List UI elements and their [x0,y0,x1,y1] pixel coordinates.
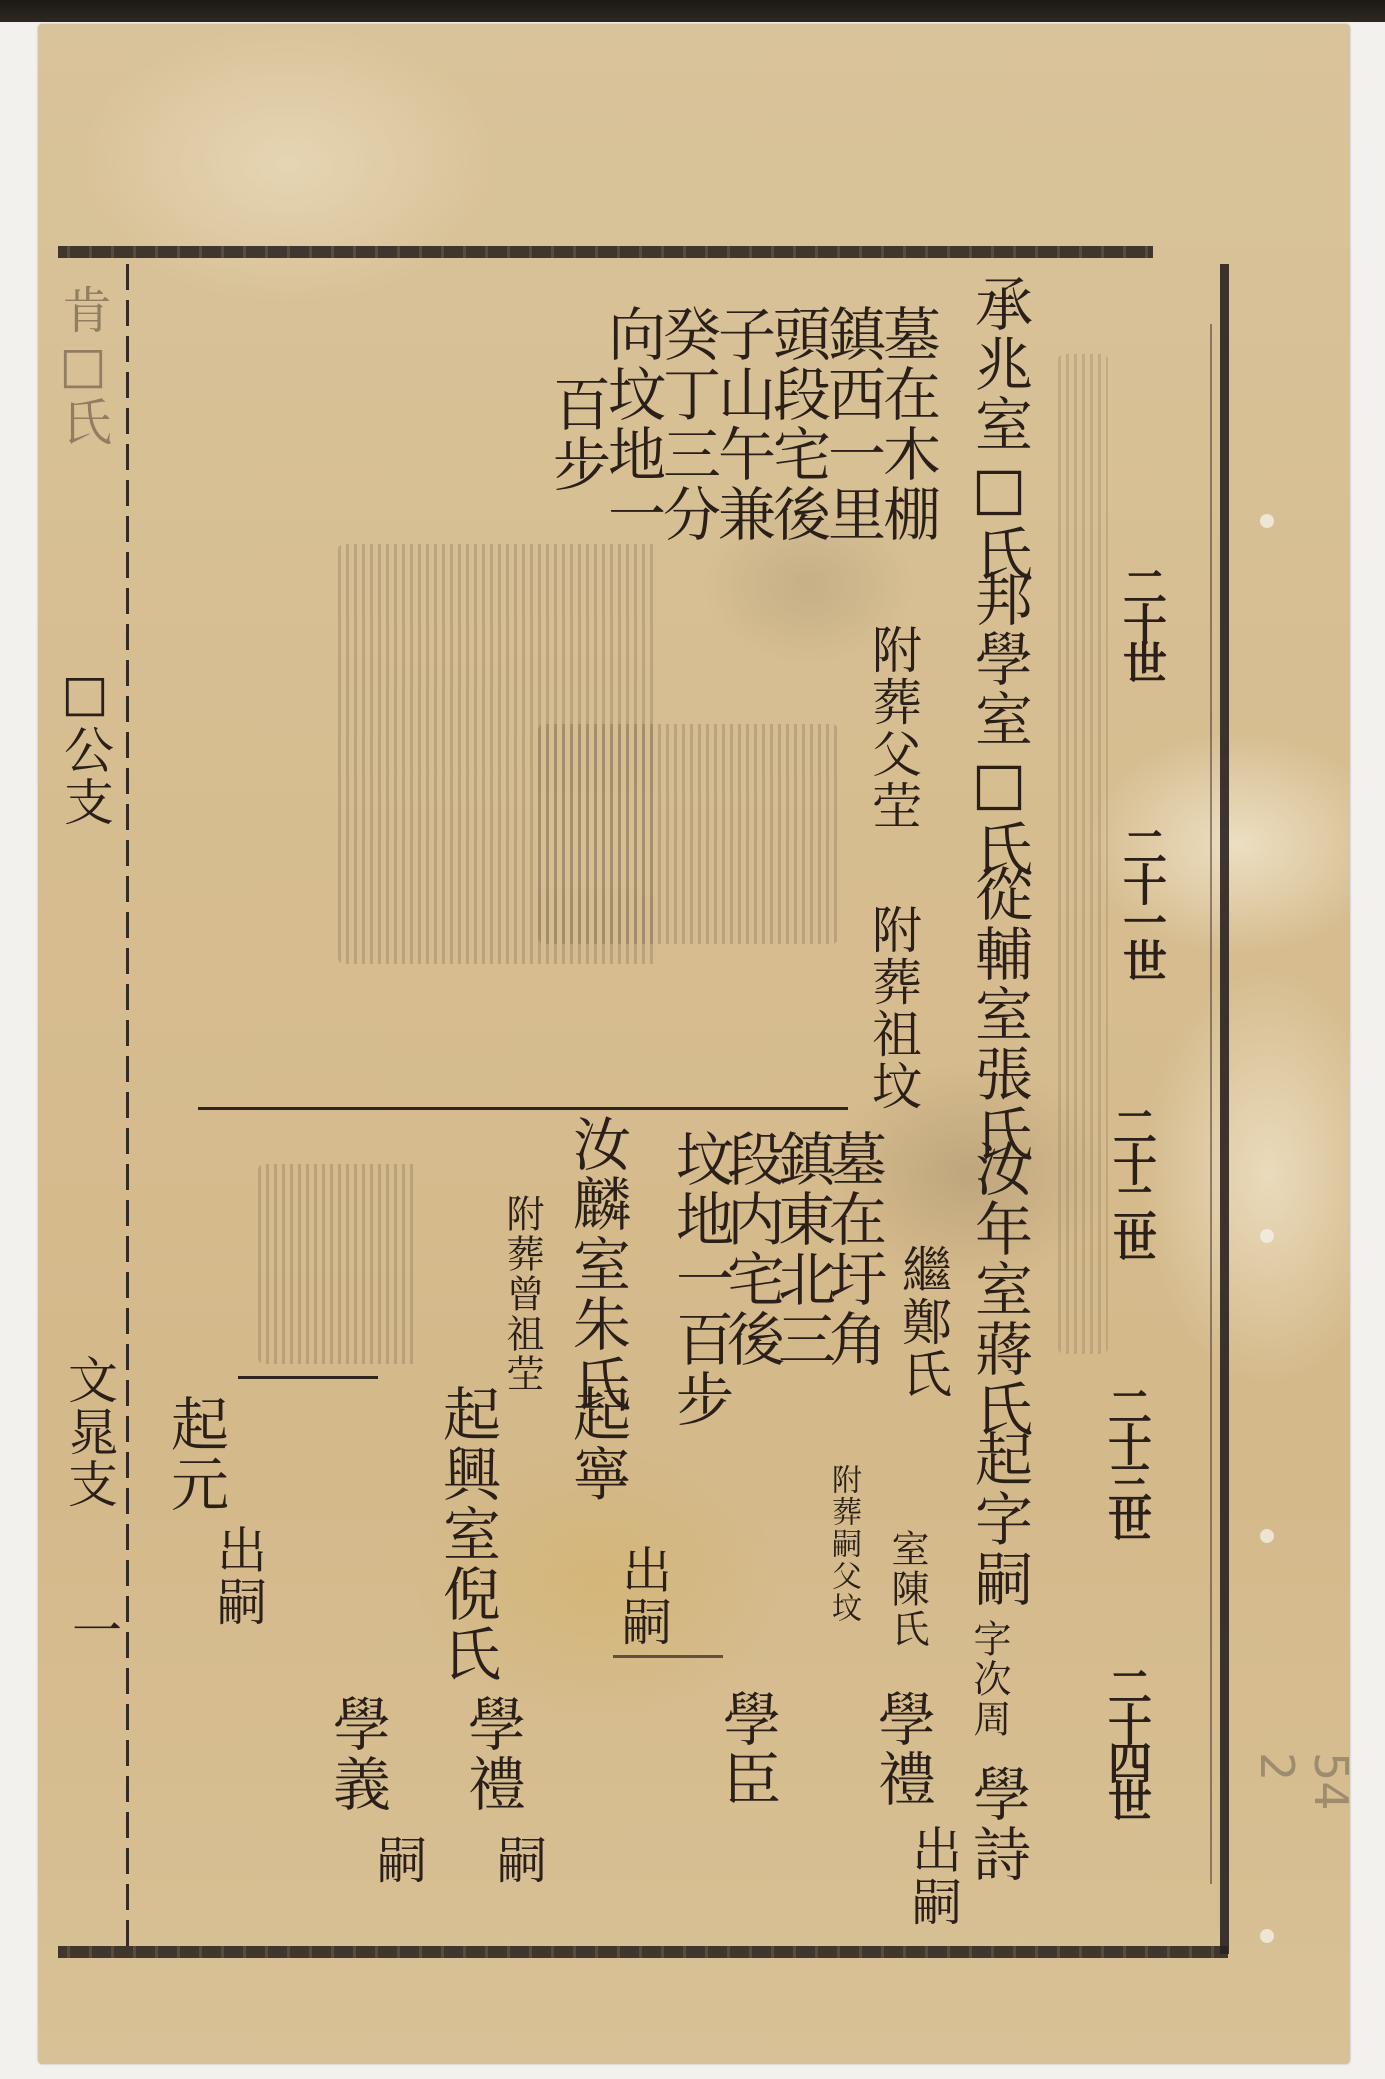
entry-qi-yuan: 起元 [166,1394,224,1514]
margin-title: 肯□氏 [58,284,108,448]
entry-ru-lin: 汝麟室朱氏 [568,1114,626,1414]
pencil-annotation: 54 2 [1250,1752,1358,1844]
burial-note-col-1: 墓在木棚 [878,304,936,544]
entry-cong-fu: 從輔室張氏 [970,864,1028,1164]
generation-marker-22: 二十二世 [1108,1104,1152,1256]
burial-note-col-4: 子山午兼 [713,304,771,544]
bleed-through-stain [1058,354,1108,1354]
generation-marker-24: 二十四世 [1103,1664,1147,1816]
burial-note-col-7: 百步 [548,374,606,494]
margin-page-number: 一 [68,1604,118,1656]
entry-xue-li-2: 學禮 [463,1694,521,1814]
top-border-rule [58,246,1153,258]
entry-xue-shi: 學詩 [968,1764,1026,1884]
entry-qi-yuan-note: 出嗣 [213,1524,263,1628]
genealogy-page: 肯□氏 □公支 文晁支 一 二十世 二十一世 二十二世 二十三世 二十四世 承兆… [38,24,1350,2064]
margin-branch: 文晁支 [64,1354,114,1510]
entry-xue-li-1: 學禮 [873,1689,931,1809]
binding-hole [1260,1229,1274,1243]
burial-note-col-6: 向坟地一 [603,304,661,544]
note-attach-great-grandfather: 附葬曾祖茔 [503,1194,541,1394]
sub-divider [613,1655,723,1658]
bleed-through-stain [538,724,838,944]
entry-xue-li-1-note: 出嗣 [908,1824,958,1928]
note-attach-adoptive-father: 附葬嗣父坟 [828,1464,858,1624]
section-divider [198,1107,848,1110]
note-second-wife: 繼鄭氏 [898,1244,948,1400]
margin-section: □公支 [60,664,110,828]
note-attach-father: 附葬父茔 [868,624,918,832]
generation-marker-23: 二十三世 [1103,1384,1147,1536]
entry-ru-nian: 汝年室蔣氏 [970,1139,1028,1439]
entry-qi-zi-style: 字次周 [970,1619,1008,1739]
entry-bang-xue: 邦學室□氏 [970,569,1028,879]
bleed-through-stain [258,1164,418,1364]
entry-cheng-zhao: 承兆室□氏 [970,274,1028,584]
right-inner-rule [1210,324,1212,1884]
scanner-top-edge [0,0,1385,22]
entry-xue-yi: 學義 [328,1694,386,1814]
burial-note-col-2: 鎮西一里 [823,304,881,544]
generation-marker-21: 二十一世 [1118,824,1162,976]
bottom-border-rule [58,1946,1228,1958]
entry-qi-ning-note: 出嗣 [618,1544,668,1648]
lower-burial-col-4: 坟地一百步 [671,1129,729,1429]
binding-hole [1260,1929,1274,1943]
sub-divider [238,1376,378,1379]
entry-xue-li-2-note: 嗣 [493,1834,543,1886]
binding-hole [1260,1529,1274,1543]
entry-chen-wife: 室陳氏 [888,1529,926,1649]
entry-qi-ning: 起寧 [568,1384,626,1504]
note-attach-grandfather: 附葬祖坟 [868,904,918,1112]
left-margin-rule [126,264,129,1954]
burial-note-col-3: 頭段宅後 [768,304,826,544]
entry-xue-chen: 學臣 [718,1689,776,1809]
entry-xue-yi-note: 嗣 [373,1834,423,1886]
entry-qi-xing: 起興室倪氏 [438,1384,496,1684]
generation-marker-20: 二十世 [1118,564,1162,678]
binding-hole [1260,514,1274,528]
burial-note-col-5: 癸丁三分 [658,304,716,544]
right-border-rule [1220,264,1229,1954]
entry-qi-zi: 起字嗣 [970,1429,1028,1609]
